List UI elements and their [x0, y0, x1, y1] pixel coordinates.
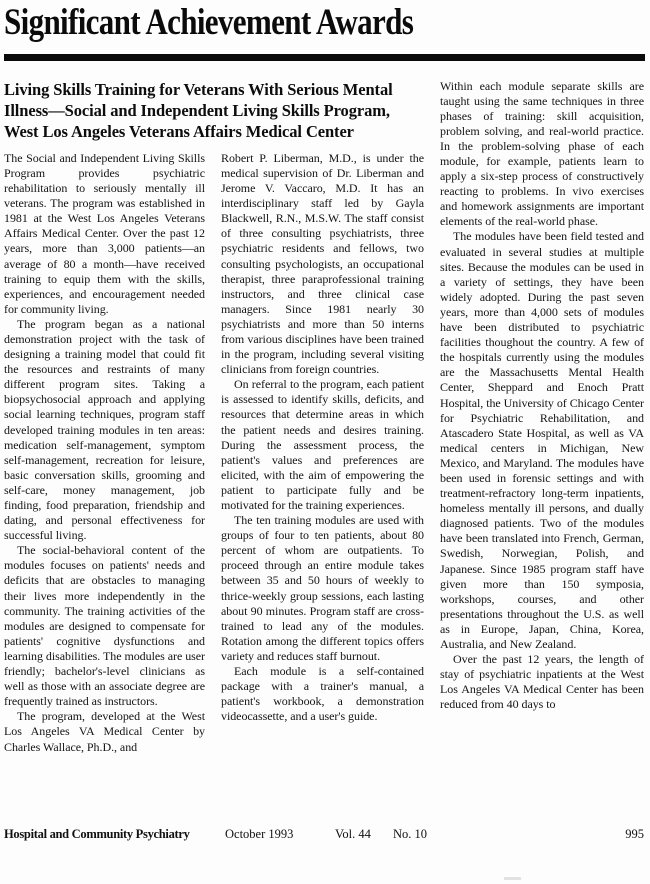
paragraph: Over the past 12 years, the length of st… [440, 652, 644, 712]
paragraph: The Social and Independent Living Skills… [4, 151, 205, 317]
issue-number: No. 10 [393, 827, 427, 842]
journal-page: Significant Achievement Awards Living Sk… [0, 0, 650, 884]
scan-artifact [504, 877, 521, 880]
paragraph: On referral to the program, each patient… [221, 377, 424, 513]
issue-date: October 1993 [225, 827, 293, 842]
volume-label: Vol. 44 [335, 827, 371, 842]
masthead: Significant Achievement Awards [4, 2, 645, 61]
article-body: Living Skills Training for Veterans With… [4, 79, 645, 823]
paragraph: The social-behavioral content of the mod… [4, 543, 205, 709]
paragraph: Within each module separate skills are t… [440, 79, 644, 230]
paragraph: The modules have been field tested and e… [440, 229, 644, 652]
article-title: Living Skills Training for Veterans With… [4, 79, 424, 143]
paragraph: The ten training modules are used with g… [221, 513, 424, 664]
page-number: 995 [625, 827, 644, 842]
column-1: The Social and Independent Living Skills… [4, 151, 205, 823]
column-2: Robert P. Liberman, M.D., is under the m… [221, 151, 424, 823]
section-title: Significant Achievement Awards [4, 2, 542, 45]
masthead-rule [4, 54, 645, 61]
column-3: Within each module separate skills are t… [440, 79, 644, 823]
paragraph: The program began as a national demonstr… [4, 317, 205, 543]
page-footer: Hospital and Community Psychiatry Octobe… [4, 827, 645, 844]
paragraph: Robert P. Liberman, M.D., is under the m… [221, 151, 424, 377]
paragraph: The program, developed at the West Los A… [4, 709, 205, 754]
journal-name: Hospital and Community Psychiatry [4, 827, 190, 842]
paragraph: Each module is a self-contained package … [221, 664, 424, 724]
